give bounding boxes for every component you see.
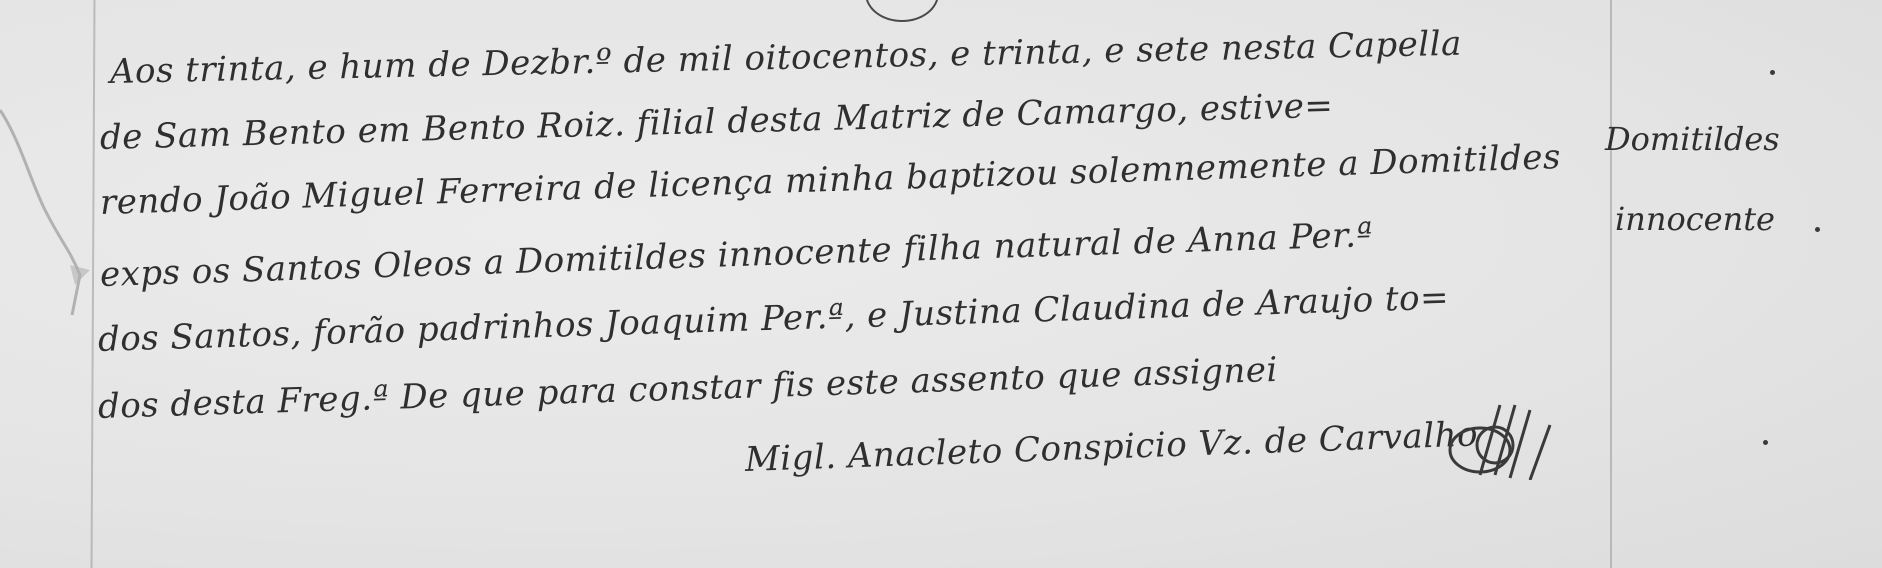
left-margin-rule: [91, 0, 96, 568]
priest-signature: Migl. Anacleto Conspicio Vz. de Carvalho: [744, 414, 1478, 480]
ink-spot: [1770, 70, 1775, 75]
record-line-6: dos desta Freg.ª De que para constar fis…: [97, 350, 1278, 427]
record-line-5: dos Santos, forão padrinhos Joaquim Per.…: [97, 278, 1449, 360]
record-line-1: Aos trinta, e hum de Dezbr.º de mil oito…: [110, 24, 1463, 92]
margin-note-status: innocente: [1615, 200, 1775, 238]
ink-spot: [1815, 227, 1820, 232]
paper-tear-mark: [0, 100, 90, 320]
record-line-4: exps os Santos Oleos a Domitildes innoce…: [99, 215, 1373, 295]
folio-circle-mark: [865, 0, 939, 22]
signature-rubric-flourish: [1440, 400, 1560, 480]
ink-spot: [1763, 440, 1768, 445]
margin-note-name: Domitildes: [1605, 120, 1780, 158]
record-line-2: de Sam Bento em Bento Roiz. filial desta…: [99, 86, 1333, 158]
document-page: Aos trinta, e hum de Dezbr.º de mil oito…: [0, 0, 1882, 568]
right-margin-rule: [1610, 0, 1612, 568]
